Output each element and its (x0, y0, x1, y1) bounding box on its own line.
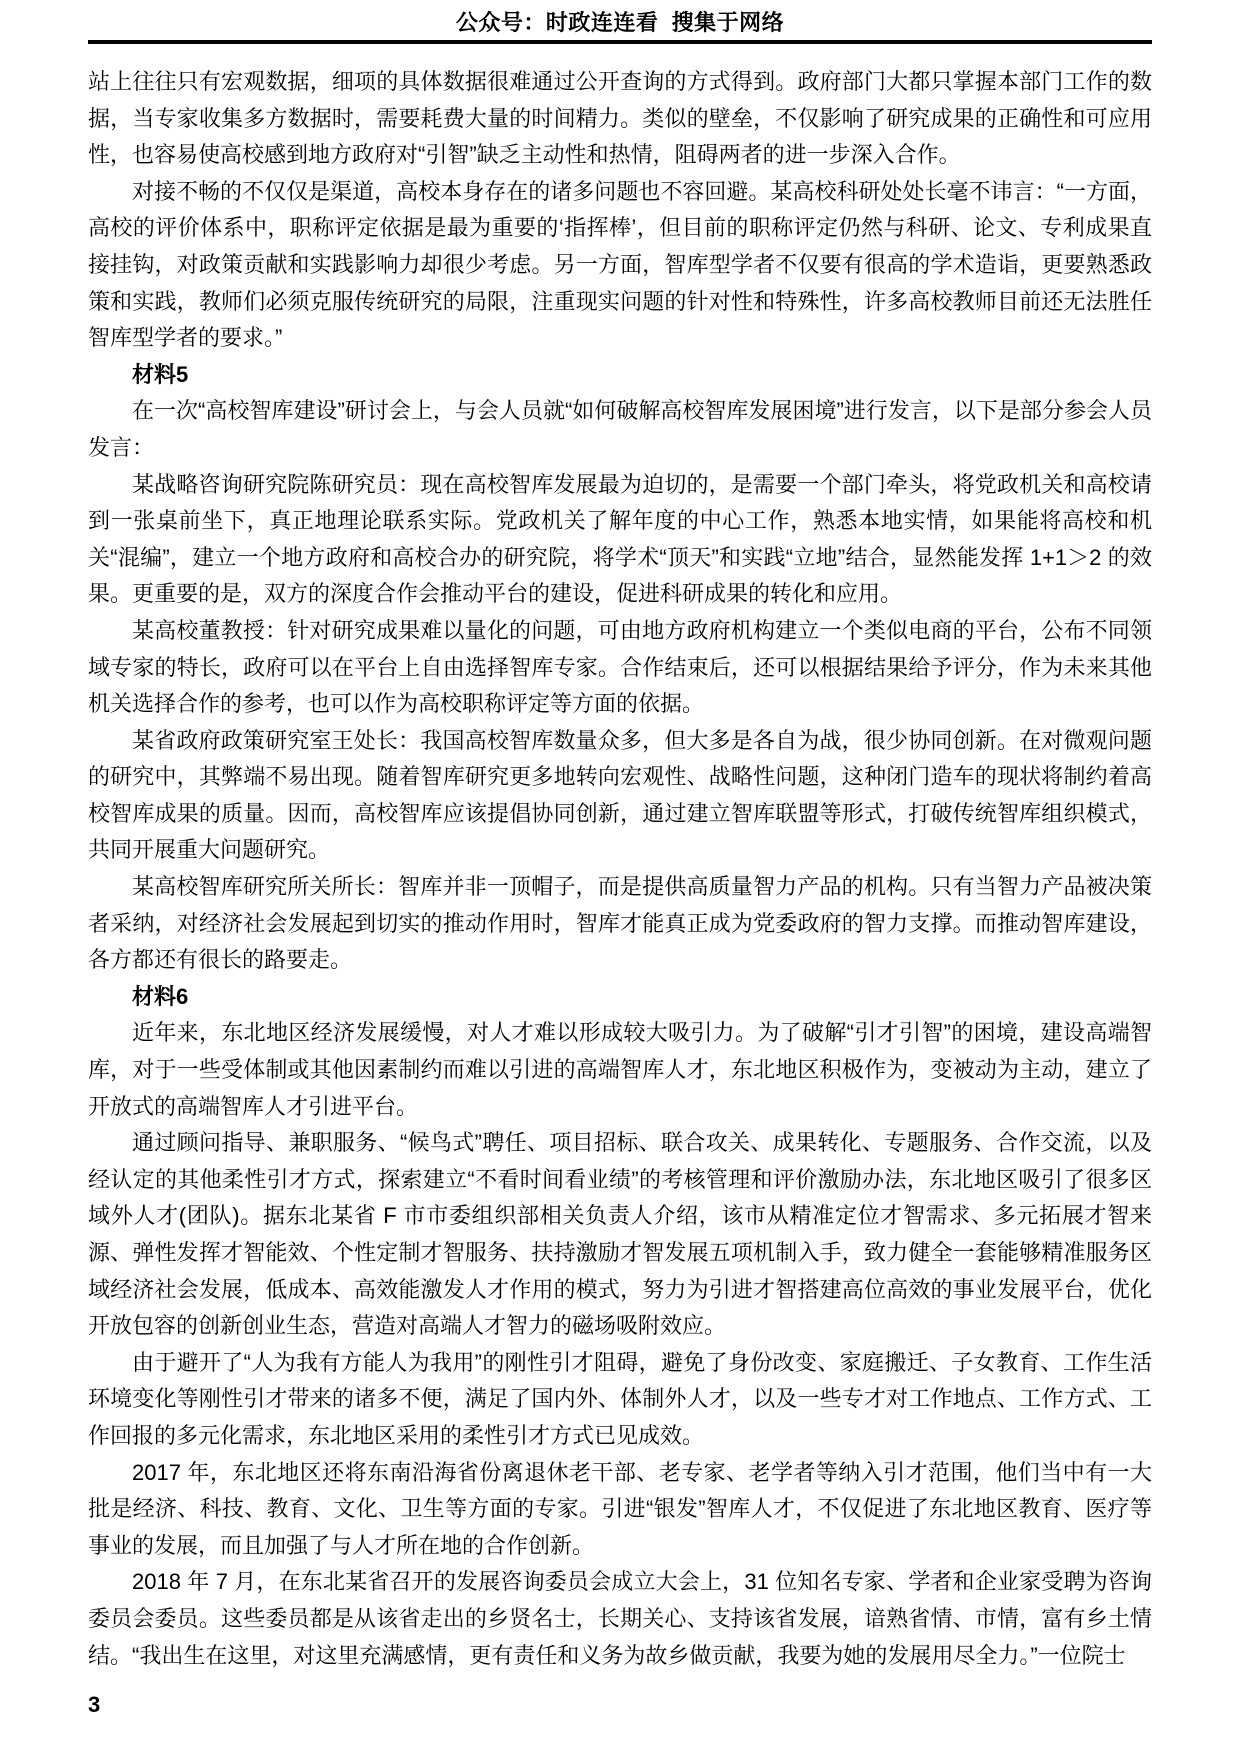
paragraph: 近年来，东北地区经济发展缓慢，对人才难以形成较大吸引力。为了破解“引才引智”的困… (88, 1015, 1152, 1125)
header-divider (88, 40, 1152, 44)
document-page: 公众号：时政连连看 搜集于网络 站上往往只有宏观数据，细项的具体数据很难通过公开… (0, 0, 1240, 1754)
paragraph: 站上往往只有宏观数据，细项的具体数据很难通过公开查询的方式得到。政府部门大都只掌… (88, 64, 1152, 174)
paragraph: 2018 年 7 月，在东北某省召开的发展咨询委员会成立大会上，31 位知名专家… (88, 1564, 1152, 1674)
page-number: 3 (88, 1692, 100, 1718)
paragraph: 对接不畅的不仅仅是渠道，高校本身存在的诸多问题也不容回避。某高校科研处处长毫不讳… (88, 174, 1152, 357)
content: 站上往往只有宏观数据，细项的具体数据很难通过公开查询的方式得到。政府部门大都只掌… (88, 64, 1152, 1674)
paragraph: 某高校智库研究所关所长：智库并非一顶帽子，而是提供高质量智力产品的机构。只有当智… (88, 869, 1152, 979)
paragraph: 2017 年，东北地区还将东南沿海省份离退休老干部、老专家、老学者等纳入引才范围… (88, 1455, 1152, 1565)
page-header: 公众号：时政连连看 搜集于网络 (88, 10, 1152, 36)
paragraph: 在一次“高校智库建设”研讨会上，与会人员就“如何破解高校智库发展困境”进行发言，… (88, 393, 1152, 466)
paragraph: 由于避开了“人为我有方能人为我用”的刚性引才阻碍，避免了身份改变、家庭搬迁、子女… (88, 1345, 1152, 1455)
paragraph: 通过顾问指导、兼职服务、“候鸟式”聘任、项目招标、联合攻关、成果转化、专题服务、… (88, 1125, 1152, 1345)
paragraph: 某高校董教授：针对研究成果难以量化的问题，可由地方政府机构建立一个类似电商的平台… (88, 613, 1152, 723)
material-heading: 材料5 (88, 357, 1152, 394)
paragraph: 某战略咨询研究院陈研究员：现在高校智库发展最为迫切的，是需要一个部门牵头，将党政… (88, 467, 1152, 613)
material-heading: 材料6 (88, 979, 1152, 1016)
paragraph: 某省政府政策研究室王处长：我国高校智库数量众多，但大多是各自为战，很少协同创新。… (88, 723, 1152, 869)
